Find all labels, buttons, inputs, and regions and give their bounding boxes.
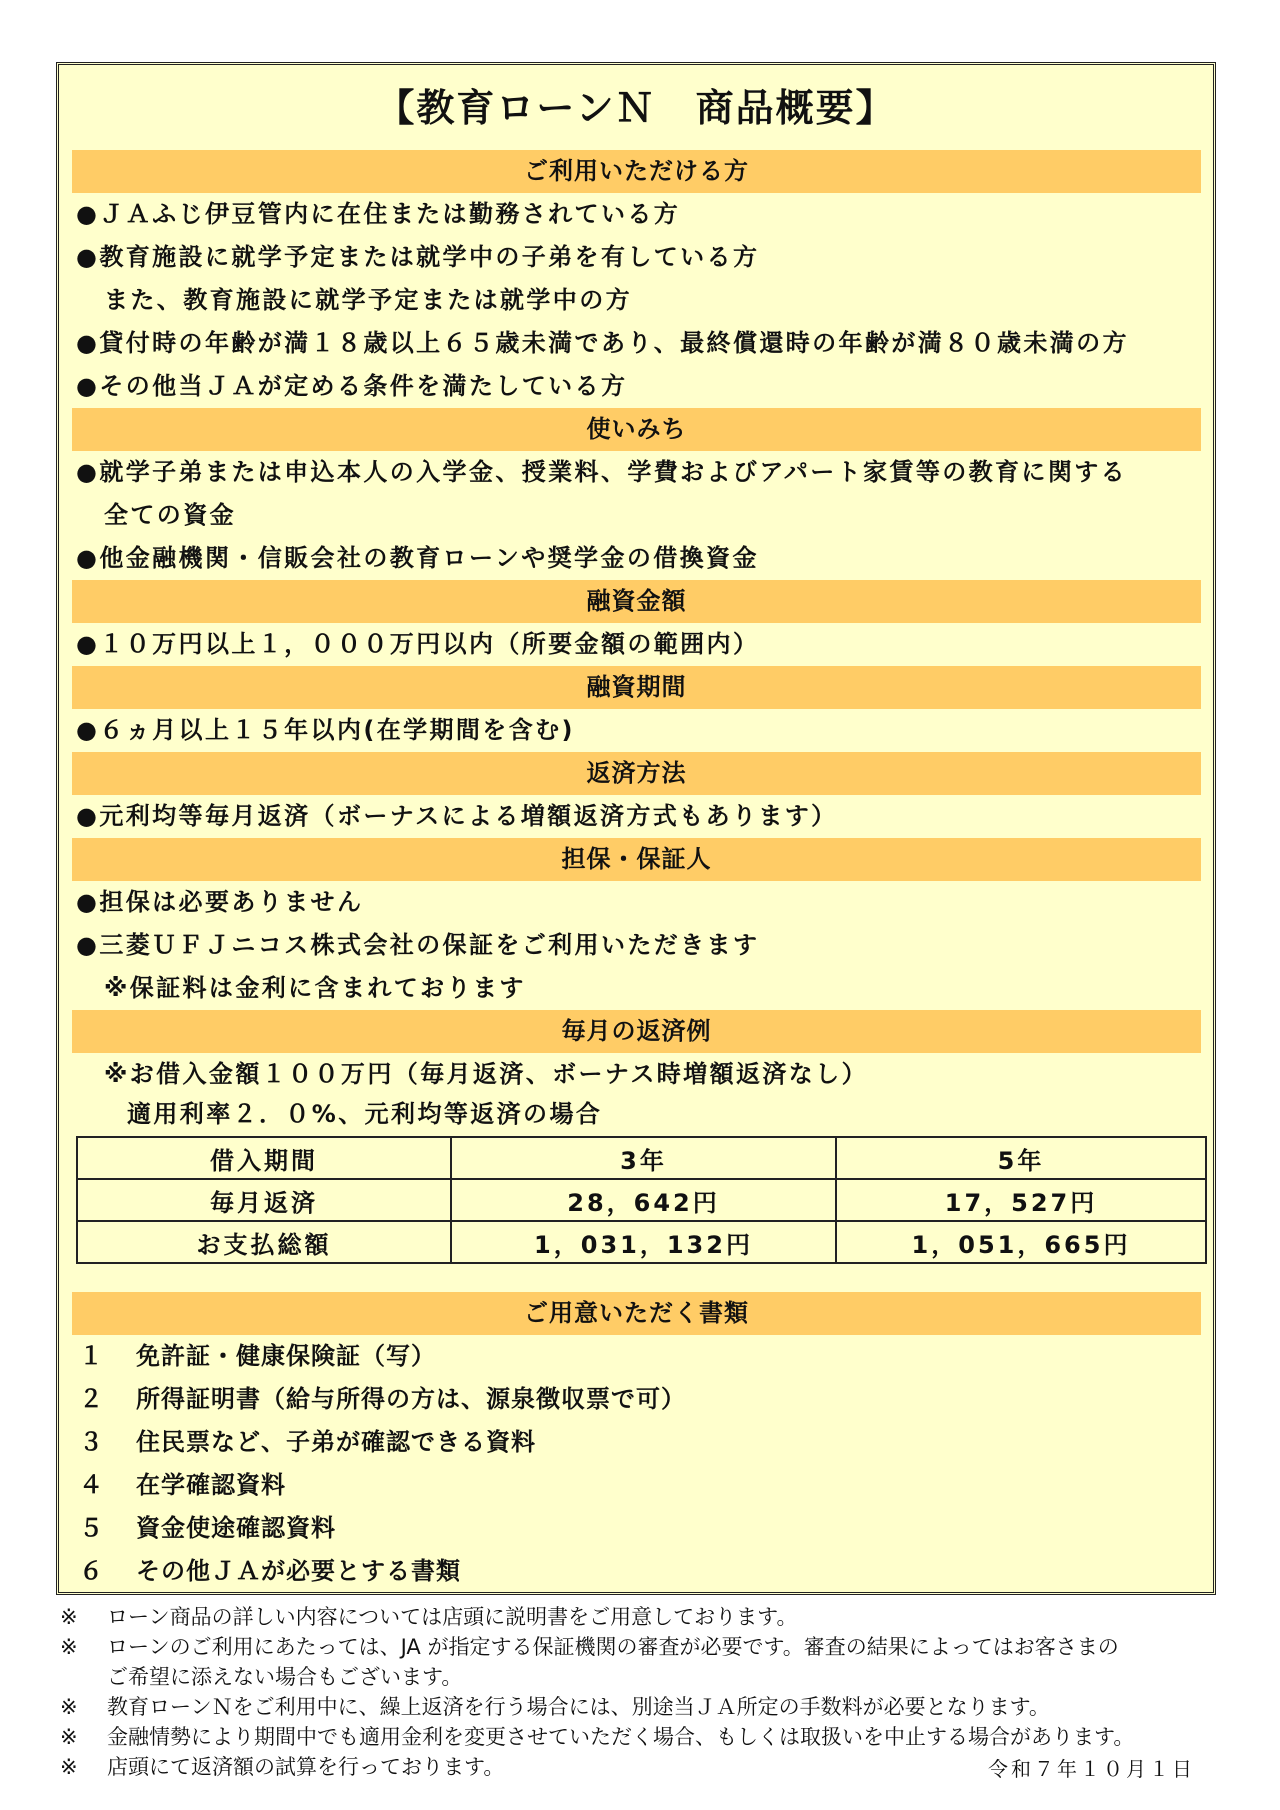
table-row: 毎月返済 28，642円 17，527円 xyxy=(77,1179,1206,1221)
table-cell: 28，642円 xyxy=(451,1179,836,1221)
issue-date: 令和７年１０月１日 xyxy=(988,1754,1195,1784)
table-cell: 1，051，665円 xyxy=(836,1221,1206,1263)
repayment-example-table: 借入期間 3年 5年 毎月返済 28，642円 17，527円 お支払総額 1，… xyxy=(76,1136,1207,1264)
eligibility-line: ●貸付時の年齢が満１８歳以上６５歳未満であり、最終償還時の年齢が満８０歳未満の方 xyxy=(76,322,1129,365)
document-item: ５資金使途確認資料 xyxy=(79,1507,336,1550)
document-number: ５ xyxy=(79,1507,136,1550)
usage-line: 全ての資金 xyxy=(104,494,236,537)
document-text: 在学確認資料 xyxy=(136,1471,286,1499)
section-heading-repayment: 返済方法 xyxy=(72,752,1201,795)
footnote: ※ローンのご利用にあたっては、JA が指定する保証機関の審査が必要です。審査の結… xyxy=(56,1632,1236,1662)
footnote: ※教育ローンＮをご利用中に、繰上返済を行う場合には、別途当ＪＡ所定の手数料が必要… xyxy=(56,1692,1236,1722)
table-cell: お支払総額 xyxy=(77,1221,451,1263)
repayment-line: ●元利均等毎月返済（ボーナスによる増額返済方式もあります） xyxy=(76,795,838,838)
document-text: その他ＪＡが必要とする書類 xyxy=(136,1557,461,1585)
table-cell: 3年 xyxy=(451,1137,836,1179)
document-number: ２ xyxy=(79,1378,136,1421)
table-cell: 1，031，132円 xyxy=(451,1221,836,1263)
document-number: ３ xyxy=(79,1421,136,1464)
guarantee-line: ●三菱ＵＦＪニコス株式会社の保証をご利用いただきます xyxy=(76,924,759,967)
eligibility-line: ●ＪＡふじ伊豆管内に在住または勤務されている方 xyxy=(76,193,680,236)
table-cell: 5年 xyxy=(836,1137,1206,1179)
usage-line: ●就学子弟または申込本人の入学金、授業料、学費およびアパート家賃等の教育に関する xyxy=(76,451,1127,494)
section-heading-example: 毎月の返済例 xyxy=(72,1010,1201,1053)
footnote: ※ローン商品の詳しい内容については店頭に説明書をご用意しております。 xyxy=(56,1602,1236,1632)
table-header-row: 借入期間 3年 5年 xyxy=(77,1137,1206,1179)
table-cell: 借入期間 xyxy=(77,1137,451,1179)
section-heading-usage: 使いみち xyxy=(72,408,1201,451)
reference-mark-icon: ※ xyxy=(60,1752,78,1782)
reference-mark-icon: ※ xyxy=(60,1602,78,1632)
document-number: ６ xyxy=(79,1550,136,1593)
document-text: 所得証明書（給与所得の方は、源泉徴収票で可） xyxy=(136,1385,686,1413)
eligibility-line: ●教育施設に就学予定または就学中の子弟を有している方 xyxy=(76,236,759,279)
period-line: ●６ヵ月以上１５年以内(在学期間を含む) xyxy=(76,709,575,752)
document-item: ６その他ＪＡが必要とする書類 xyxy=(79,1550,461,1593)
document-item: ３住民票など、子弟が確認できる資料 xyxy=(79,1421,536,1464)
document-text: 資金使途確認資料 xyxy=(136,1514,336,1542)
document-item: １免許証・健康保険証（写） xyxy=(79,1335,436,1378)
example-line: ※お借入金額１００万円（毎月返済、ボーナス時増額返済なし） xyxy=(104,1053,868,1096)
section-heading-guarantee: 担保・保証人 xyxy=(72,838,1201,881)
table-row: お支払総額 1，031，132円 1，051，665円 xyxy=(77,1221,1206,1263)
guarantee-line: ●担保は必要ありません xyxy=(76,881,363,924)
amount-line: ●１０万円以上１，０００万円以内（所要金額の範囲内） xyxy=(76,623,759,666)
page-title: 【教育ローンＮ 商品概要】 xyxy=(59,83,1213,133)
table-cell: 17，527円 xyxy=(836,1179,1206,1221)
table-cell: 毎月返済 xyxy=(77,1179,451,1221)
document-number: １ xyxy=(79,1335,136,1378)
section-heading-documents: ご用意いただく書類 xyxy=(72,1292,1201,1335)
usage-line: ●他金融機関・信販会社の教育ローンや奨学金の借換資金 xyxy=(76,537,759,580)
document-text: 住民票など、子弟が確認できる資料 xyxy=(136,1428,536,1456)
footnote: ※金融情勢により期間中でも適用金利を変更させていただく場合、もしくは取扱いを中止… xyxy=(56,1722,1236,1752)
footnote-continuation: ご希望に添えない場合もございます。 xyxy=(56,1662,1236,1692)
reference-mark-icon: ※ xyxy=(60,1692,78,1722)
eligibility-line: ●その他当ＪＡが定める条件を満たしている方 xyxy=(76,365,627,408)
document-number: ４ xyxy=(79,1464,136,1507)
eligibility-line: また、教育施設に就学予定または就学中の方 xyxy=(104,279,632,322)
example-line: 適用利率２．０%、元利均等返済の場合 xyxy=(127,1093,602,1136)
document-item: ４在学確認資料 xyxy=(79,1464,286,1507)
section-heading-eligibility: ご利用いただける方 xyxy=(72,150,1201,193)
section-heading-amount: 融資金額 xyxy=(72,580,1201,623)
document-item: ２所得証明書（給与所得の方は、源泉徴収票で可） xyxy=(79,1378,686,1421)
document-text: 免許証・健康保険証（写） xyxy=(136,1342,436,1370)
reference-mark-icon: ※ xyxy=(60,1722,78,1752)
section-heading-period: 融資期間 xyxy=(72,666,1201,709)
guarantee-line: ※保証料は金利に含まれております xyxy=(104,967,526,1010)
product-summary-box: 【教育ローンＮ 商品概要】 ご利用いただける方 ●ＪＡふじ伊豆管内に在住または勤… xyxy=(56,62,1216,1595)
reference-mark-icon: ※ xyxy=(60,1632,78,1662)
